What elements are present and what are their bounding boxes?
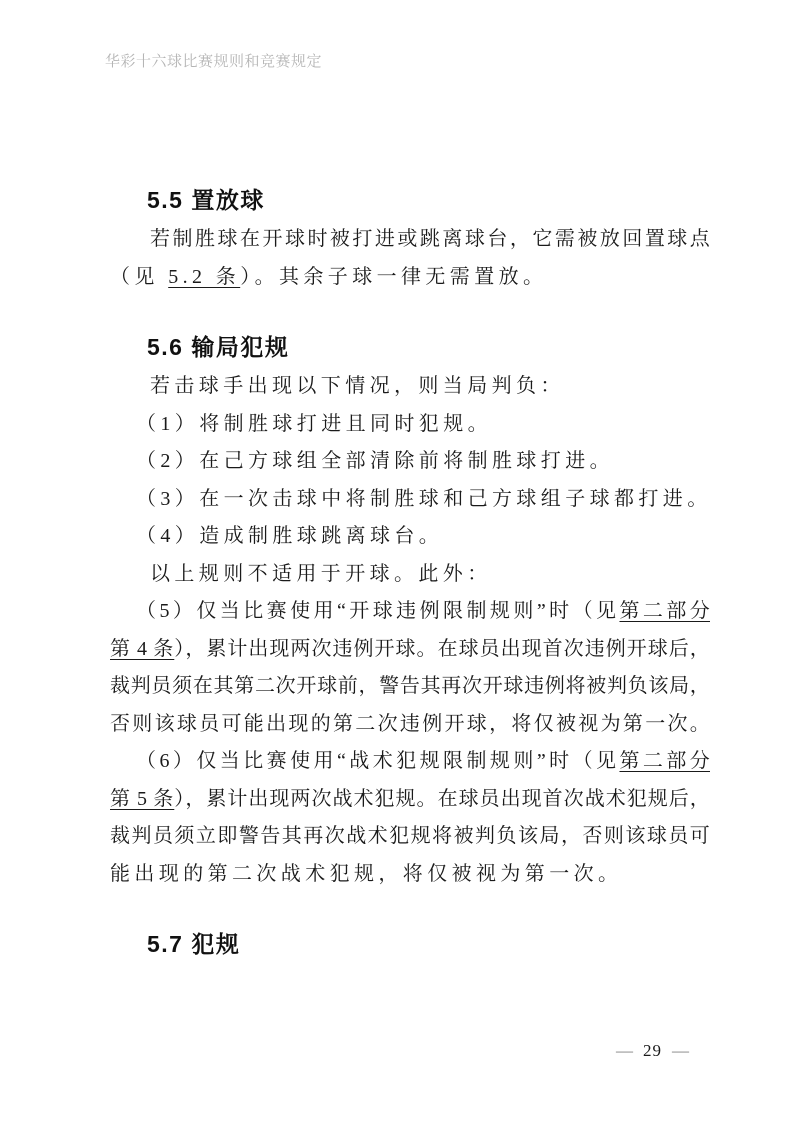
text-run: （5）仅当比赛使用“开球违例限制规则”时（见 xyxy=(136,600,619,622)
text-line: 若制胜球在开球时被打进或跳离球台，它需被放回置球点 xyxy=(110,221,710,259)
paragraph: 若击球手出现以下情况，则当局判负：（1）将制胜球打进且同时犯规。（2）在己方球组… xyxy=(110,368,710,893)
text-run: ）。其余子球一律无需置放。 xyxy=(240,266,547,288)
section-heading: 5.6 输局犯规 xyxy=(110,332,710,362)
text-run: ），累计出现两次战术犯规。在球员出现首次战术犯规后， xyxy=(174,788,710,810)
text-line: 若击球手出现以下情况，则当局判负： xyxy=(110,368,710,406)
text-line: 能出现的第二次战术犯规，将仅被视为第一次。 xyxy=(110,856,710,894)
text-line: （1）将制胜球打进且同时犯规。 xyxy=(110,406,710,444)
underlined-reference: 第 5 条 xyxy=(110,788,174,810)
text-line: 第 4 条），累计出现两次违例开球。在球员出现首次违例开球后， xyxy=(110,631,710,669)
underlined-reference: 第二部分 xyxy=(619,750,710,772)
document-body: 5.5 置放球若制胜球在开球时被打进或跳离球台，它需被放回置球点（见 5.2 条… xyxy=(110,0,710,959)
text-run: 能出现的第二次战术犯规，将仅被视为第一次。 xyxy=(110,863,622,885)
text-line: （见 5.2 条）。其余子球一律无需置放。 xyxy=(110,259,710,297)
text-run: 否则该球员可能出现的第二次违例开球，将仅被视为第一次。 xyxy=(110,713,710,735)
text-run: （2）在己方球组全部清除前将制胜球打进。 xyxy=(136,450,614,472)
text-run: （见 xyxy=(110,266,168,288)
text-run: 裁判员须立即警告其再次战术犯规将被判负该局，否则该球员可 xyxy=(110,825,710,847)
text-line: （5）仅当比赛使用“开球违例限制规则”时（见第二部分 xyxy=(110,593,710,631)
text-line: 裁判员须在其第二次开球前，警告其再次开球违例将被判负该局， xyxy=(110,668,710,706)
text-run: 若击球手出现以下情况，则当局判负： xyxy=(150,375,565,397)
text-line: （2）在己方球组全部清除前将制胜球打进。 xyxy=(110,443,710,481)
text-line: （6）仅当比赛使用“战术犯规限制规则”时（见第二部分 xyxy=(110,743,710,781)
page-number-dash-left: — xyxy=(616,1041,633,1060)
paragraph: 若制胜球在开球时被打进或跳离球台，它需被放回置球点（见 5.2 条）。其余子球一… xyxy=(110,221,710,296)
text-line: 裁判员须立即警告其再次战术犯规将被判负该局，否则该球员可 xyxy=(110,818,710,856)
text-line: 否则该球员可能出现的第二次违例开球，将仅被视为第一次。 xyxy=(110,706,710,744)
underlined-reference: 5.2 条 xyxy=(168,266,240,288)
text-line: （3）在一次击球中将制胜球和己方球组子球都打进。 xyxy=(110,481,710,519)
page-number: —29— xyxy=(616,1040,689,1062)
section-heading: 5.5 置放球 xyxy=(110,185,710,215)
section-heading: 5.7 犯规 xyxy=(110,929,710,959)
text-run: （4）造成制胜球跳离球台。 xyxy=(136,525,443,547)
text-run: 若制胜球在开球时被打进或跳离球台，它需被放回置球点 xyxy=(150,228,710,250)
text-run: 裁判员须在其第二次开球前，警告其再次开球违例将被判负该局， xyxy=(110,675,710,697)
page-number-dash-right: — xyxy=(672,1041,689,1060)
text-run: （1）将制胜球打进且同时犯规。 xyxy=(136,413,492,435)
text-line: （4）造成制胜球跳离球台。 xyxy=(110,518,710,556)
text-run: ），累计出现两次违例开球。在球员出现首次违例开球后， xyxy=(174,638,710,660)
page-number-value: 29 xyxy=(633,1041,672,1060)
text-line: 以上规则不适用于开球。此外： xyxy=(110,556,710,594)
text-run: （3）在一次击球中将制胜球和己方球组子球都打进。 xyxy=(136,488,712,510)
text-line: 第 5 条），累计出现两次战术犯规。在球员出现首次战术犯规后， xyxy=(110,781,710,819)
text-run: （6）仅当比赛使用“战术犯规限制规则”时（见 xyxy=(136,750,619,772)
text-run: 以上规则不适用于开球。此外： xyxy=(150,563,492,585)
underlined-reference: 第二部分 xyxy=(619,600,710,622)
underlined-reference: 第 4 条 xyxy=(110,638,174,660)
